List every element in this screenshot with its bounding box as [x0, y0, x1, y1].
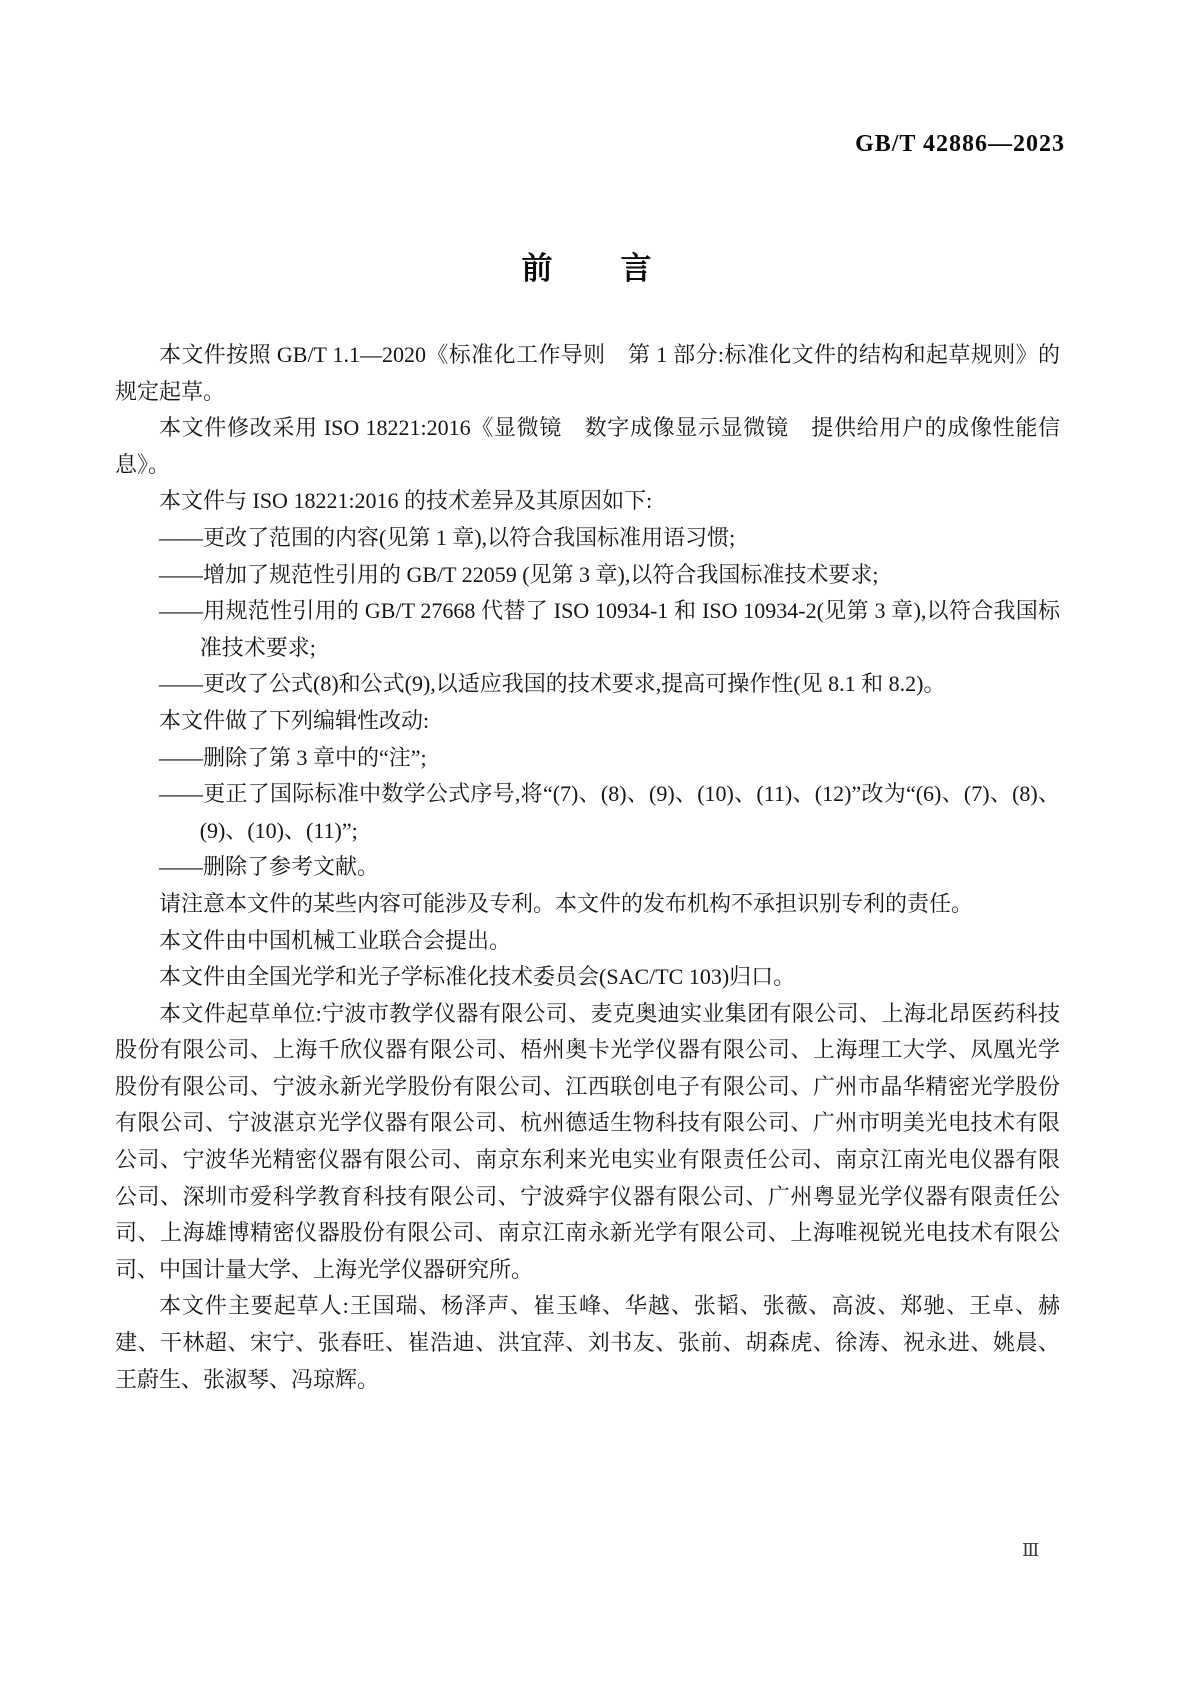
foreword-dash-item: ——更正了国际标准中数学公式序号,将“(7)、(8)、(9)、(10)、(11)… — [115, 776, 1060, 849]
foreword-paragraph: 本文件修改采用 ISO 18221:2016《显微镜 数字成像显示显微镜 提供给… — [115, 410, 1060, 483]
standard-number: GB/T 42886—2023 — [855, 131, 1065, 158]
foreword-paragraph: 本文件由中国机械工业联合会提出。 — [115, 923, 1060, 960]
foreword-paragraph: 本文件主要起草人:王国瑞、杨泽声、崔玉峰、华越、张韬、张薇、高波、郑驰、王卓、赫… — [115, 1288, 1060, 1398]
document-page: GB/T 42886—2023 前 言 本文件按照 GB/T 1.1—2020《… — [0, 0, 1191, 1685]
foreword-paragraph: 本文件起草单位:宁波市教学仪器有限公司、麦克奥迪实业集团有限公司、上海北昂医药科… — [115, 996, 1060, 1289]
foreword-dash-item: ——用规范性引用的 GB/T 27668 代替了 ISO 10934-1 和 I… — [115, 593, 1060, 666]
foreword-dash-item: ——更改了范围的内容(见第 1 章),以符合我国标准用语习惯; — [115, 520, 1060, 557]
foreword-paragraph: 本文件按照 GB/T 1.1—2020《标准化工作导则 第 1 部分:标准化文件… — [115, 337, 1060, 410]
foreword-dash-item: ——删除了第 3 章中的“注”; — [115, 740, 1060, 777]
foreword-paragraph: 本文件做了下列编辑性改动: — [115, 703, 1060, 740]
foreword-paragraph: 本文件与 ISO 18221:2016 的技术差异及其原因如下: — [115, 483, 1060, 520]
foreword-dash-item: ——更改了公式(8)和公式(9),以适应我国的技术要求,提高可操作性(见 8.1… — [115, 666, 1060, 703]
page-number: Ⅲ — [1022, 1540, 1039, 1561]
foreword-paragraph: 请注意本文件的某些内容可能涉及专利。本文件的发布机构不承担识别专利的责任。 — [115, 886, 1060, 923]
foreword-paragraph: 本文件由全国光学和光子学标准化技术委员会(SAC/TC 103)归口。 — [115, 959, 1060, 996]
foreword-paragraphs: 本文件按照 GB/T 1.1—2020《标准化工作导则 第 1 部分:标准化文件… — [115, 337, 1060, 1398]
page-title: 前 言 — [115, 243, 1060, 288]
foreword-dash-item: ——删除了参考文献。 — [115, 849, 1060, 886]
foreword-dash-item: ——增加了规范性引用的 GB/T 22059 (见第 3 章),以符合我国标准技… — [115, 557, 1060, 594]
